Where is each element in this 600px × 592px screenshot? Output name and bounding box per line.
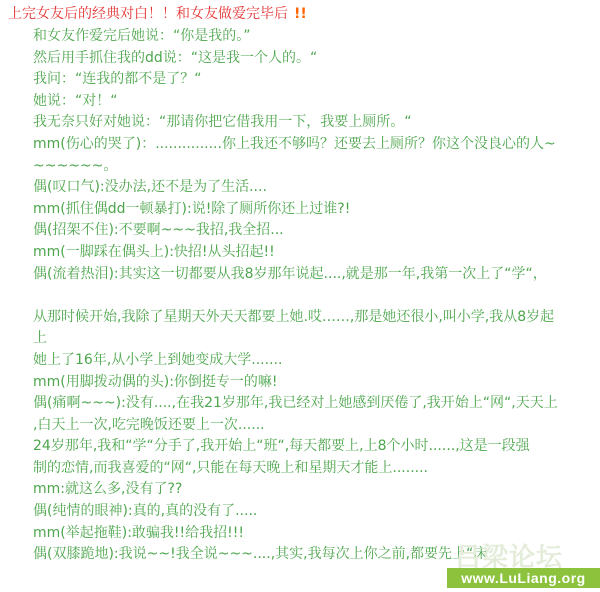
text-line: 我问：“连我的都不是了？“ [33, 69, 596, 91]
text-line: 和女友作爱完后她说：“你是我的。” [33, 26, 596, 48]
text-line: 偶(痛啊~~~):没有....,在我21岁那年,我已经对上她感到厌倦了,我开始上… [33, 393, 596, 415]
text-line: 她说：“对！“ [33, 91, 596, 113]
text-line: mm(伤心的哭了)：...............你上我还不够吗？还要去上厕所？… [33, 134, 596, 156]
text-line [33, 285, 596, 307]
text-line: 偶(招架不住):不要啊~~~我招,我全招... [33, 220, 596, 242]
site-url-watermark-badge: www.LuLiang.org [447, 568, 600, 588]
text-line: 上 [33, 328, 596, 350]
text-line: 偶(叹口气):没办法,还不是为了生活.... [33, 177, 596, 199]
forum-post-page: 上完女友后的经典对白！！和女友做爱完毕后!! 和女友作爱完后她说：“你是我的。”… [0, 0, 600, 592]
page-title: 上完女友后的经典对白！！和女友做爱完毕后!! [8, 4, 307, 25]
text-line: 我无奈只好对她说：“那请你把它借我用一下，我要上厕所。“ [33, 112, 596, 134]
text-line: 偶(纯情的眼神):真的,真的没有了..... [33, 501, 596, 523]
text-line: mm(用脚拨动偶的头):你倒挺专一的嘛! [33, 372, 596, 394]
page-title-suffix: !! [294, 6, 307, 22]
text-line: 制的恋情,而我喜爱的“网“,只能在每天晚上和星期天才能上........ [33, 458, 596, 480]
text-line: 然后用手抓住我的dd说：“这是我一个人的。“ [33, 48, 596, 70]
text-line: ~~~~~~。 [33, 156, 596, 178]
text-line: mm:就这么多,没有了?? [33, 479, 596, 501]
text-line: 她上了16年,从小学上到她变成大学....... [33, 350, 596, 372]
page-title-text: 上完女友后的经典对白！！和女友做爱完毕后 [8, 6, 288, 22]
text-line: mm(一脚踩在偶头上):快招!从头招起!! [33, 242, 596, 264]
text-line: 24岁那年,我和“学“分手了,我开始上“班“,每天都要上,上8个小时......… [33, 436, 596, 458]
text-line: mm(抓住偶dd一顿暴打):说!除了厕所你还上过谁?! [33, 199, 596, 221]
text-line: 偶(流着热泪):其实这一切都要从我8岁那年说起....,就是那一年,我第一次上了… [33, 264, 596, 286]
post-body: 和女友作爱完后她说：“你是我的。”然后用手抓住我的dd说：“这是我一个人的。“我… [33, 26, 596, 566]
text-line: ,白天上一次,吃完晚饭还要上一次...... [33, 415, 596, 437]
text-line: 从那时候开始,我除了星期天外天天都要上她.哎……,那是她还很小,叫小学,我从8岁… [33, 307, 596, 329]
